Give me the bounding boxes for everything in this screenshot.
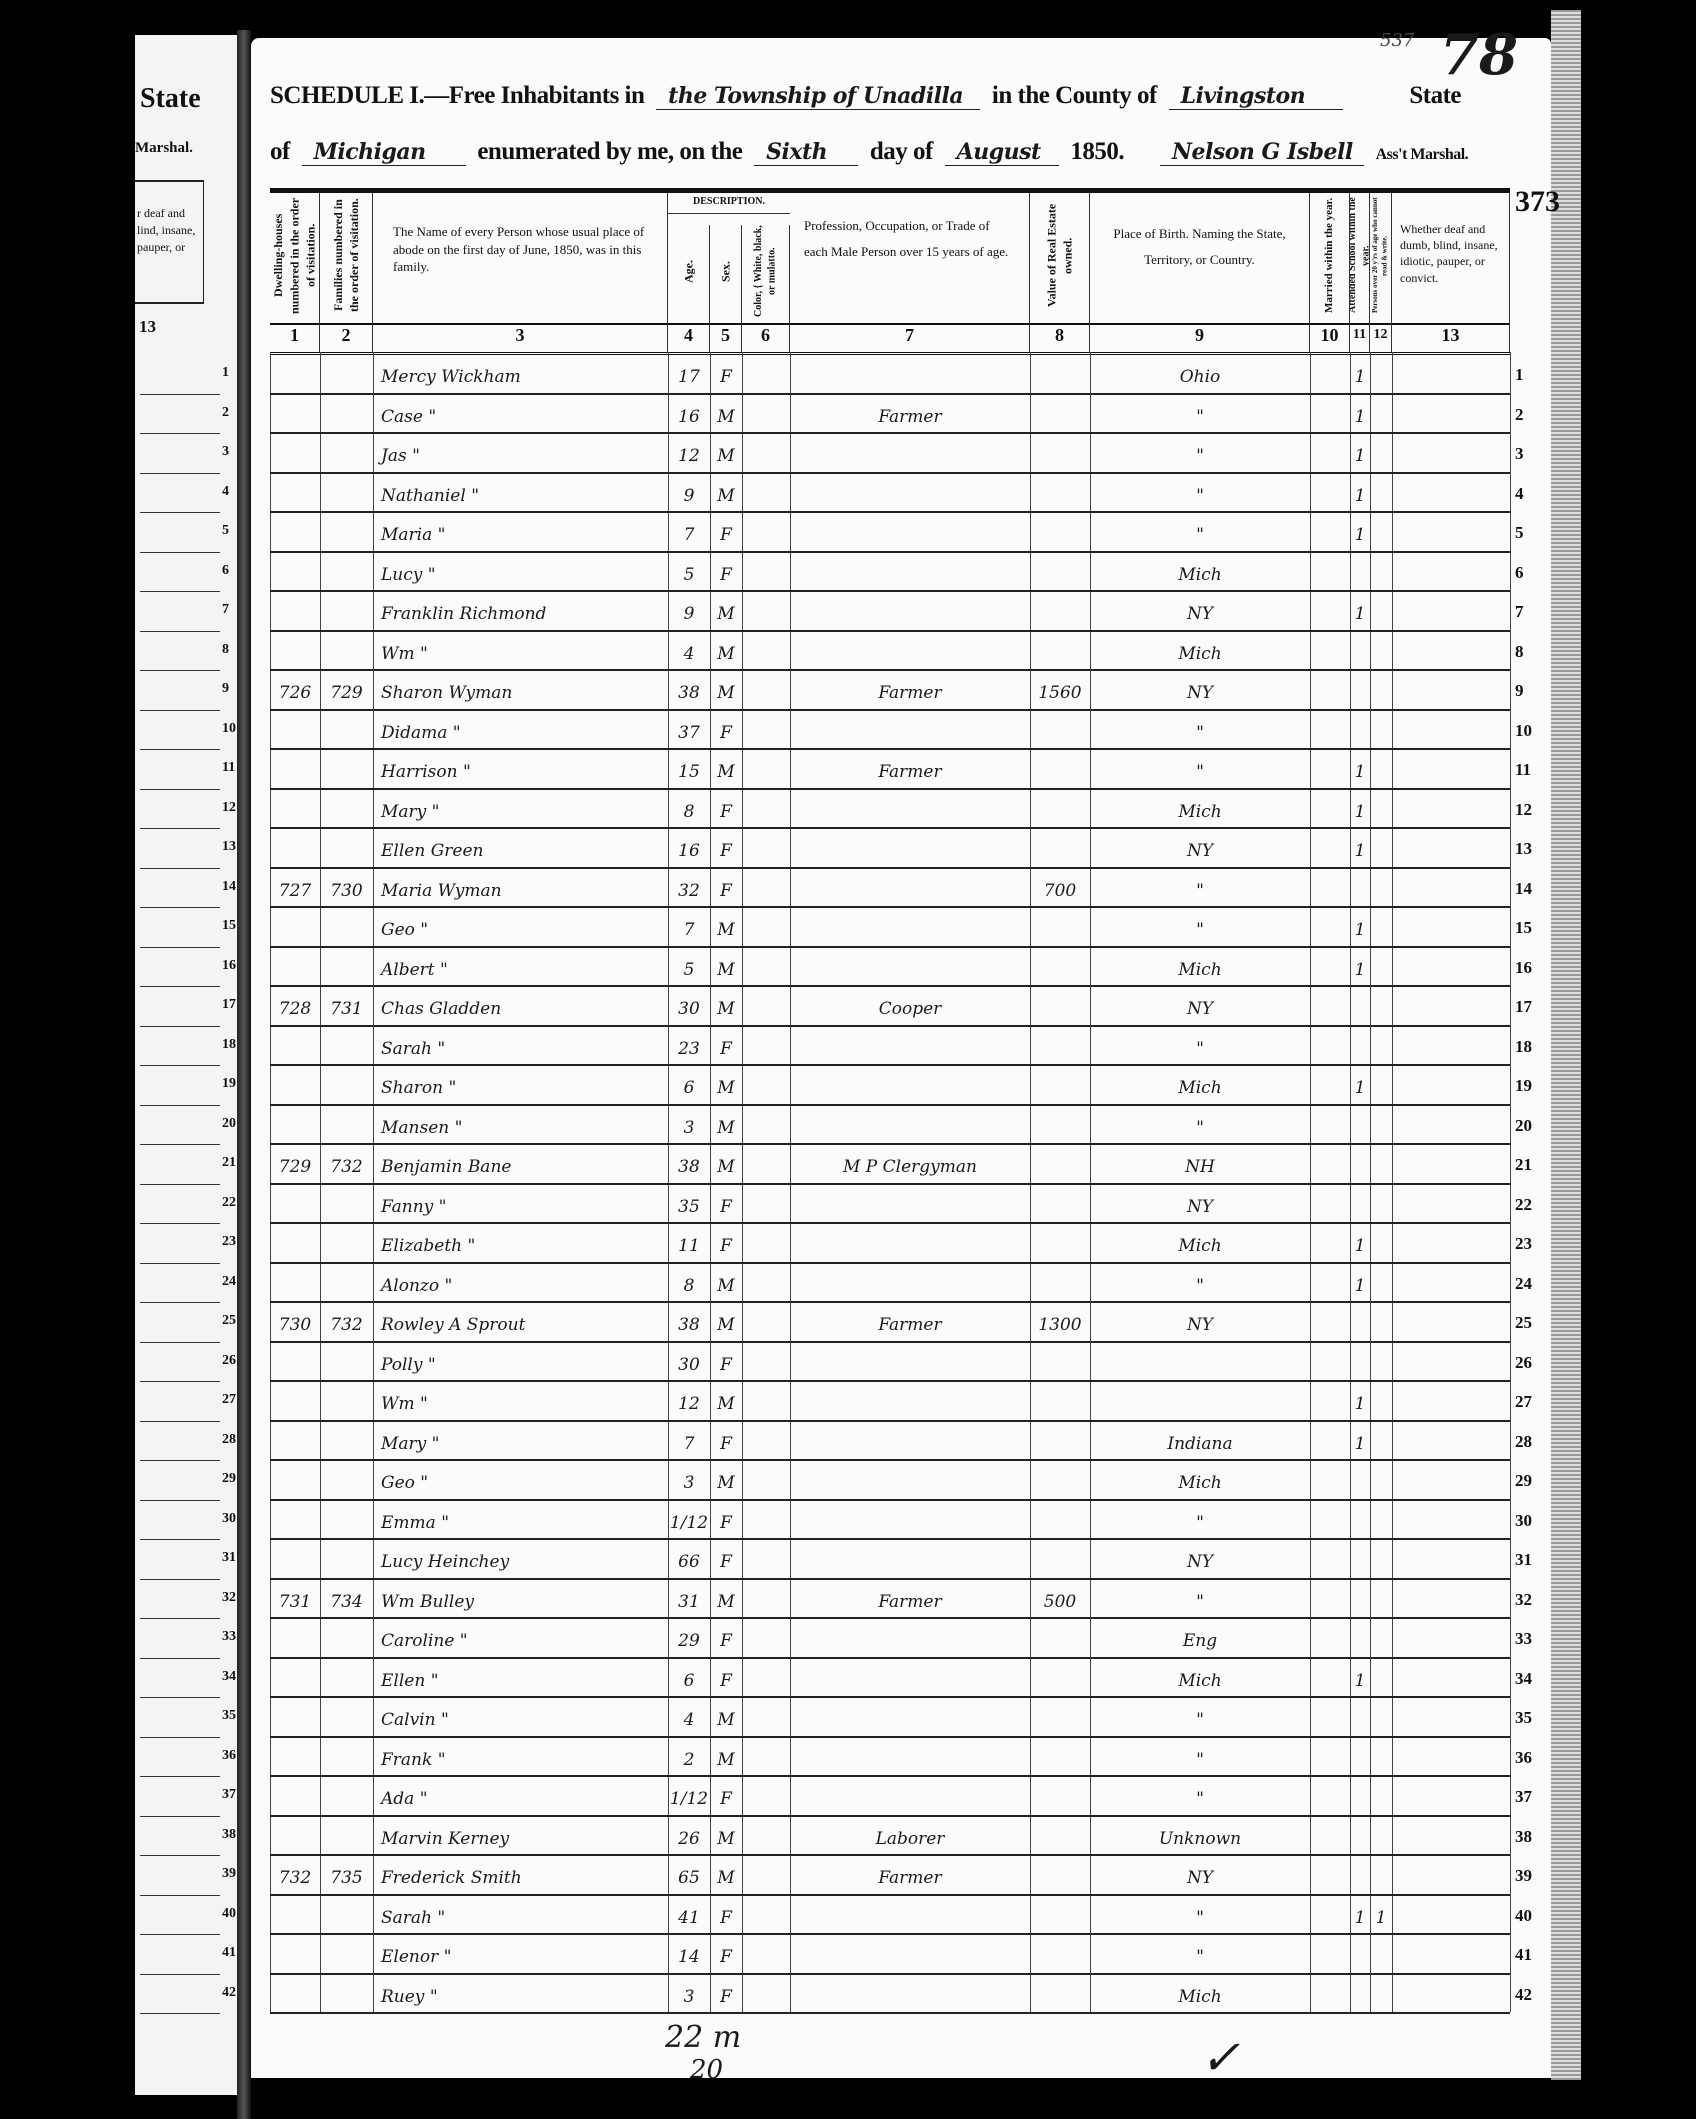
birthplace: NY bbox=[1090, 1303, 1310, 1340]
age: 7 bbox=[668, 513, 710, 550]
attended-school: 1 bbox=[1350, 790, 1370, 827]
person-name: Albert " bbox=[373, 948, 676, 985]
married-within-year bbox=[1310, 711, 1350, 748]
line-number: 18 bbox=[1515, 1037, 1549, 1057]
table-row: 731734Wm Bulley31MFarmer500" bbox=[270, 1580, 1510, 1620]
condition bbox=[1392, 1224, 1510, 1261]
real-estate-value bbox=[1030, 474, 1090, 511]
sex: F bbox=[710, 1540, 742, 1577]
table-row: Elenor "14F" bbox=[270, 1935, 1510, 1975]
attended-school bbox=[1350, 1303, 1370, 1340]
family-number bbox=[320, 553, 373, 590]
prev-page-row bbox=[140, 1856, 220, 1896]
sex: F bbox=[710, 1935, 742, 1972]
sex: F bbox=[710, 355, 742, 392]
real-estate-value bbox=[1030, 790, 1090, 827]
occupation bbox=[790, 1935, 1030, 1972]
line-number: 25 bbox=[1515, 1313, 1549, 1333]
of-label: of bbox=[270, 138, 290, 165]
real-estate-value bbox=[1030, 1145, 1090, 1182]
table-row: Fanny "35FNY bbox=[270, 1185, 1510, 1225]
person-name: Wm Bulley bbox=[373, 1580, 676, 1617]
occupation bbox=[790, 1027, 1030, 1064]
occupation bbox=[790, 711, 1030, 748]
dwelling-number bbox=[270, 1185, 320, 1222]
occupation bbox=[790, 1066, 1030, 1103]
person-name: Elenor " bbox=[373, 1935, 676, 1972]
prev-page-row bbox=[140, 395, 220, 435]
cannot-read-write bbox=[1370, 1343, 1392, 1380]
person-name: Calvin " bbox=[373, 1698, 676, 1735]
sex: F bbox=[710, 1027, 742, 1064]
color bbox=[742, 1066, 790, 1103]
prev-page-line-number: 21 bbox=[222, 1155, 236, 1171]
real-estate-value bbox=[1030, 592, 1090, 629]
cannot-read-write bbox=[1370, 355, 1392, 392]
attended-school bbox=[1350, 711, 1370, 748]
table-row: Albert "5MMich1 bbox=[270, 948, 1510, 988]
schedule-label: SCHEDULE I.—Free Inhabitants in bbox=[270, 82, 644, 109]
person-name: Marvin Kerney bbox=[373, 1817, 676, 1854]
age: 11 bbox=[668, 1224, 710, 1261]
real-estate-value bbox=[1030, 1185, 1090, 1222]
person-name: Caroline " bbox=[373, 1619, 676, 1656]
age: 30 bbox=[668, 987, 710, 1024]
age: 12 bbox=[668, 1382, 710, 1419]
sex: F bbox=[710, 1224, 742, 1261]
attended-school bbox=[1350, 1619, 1370, 1656]
cannot-read-write bbox=[1370, 1619, 1392, 1656]
line-number: 14 bbox=[1515, 879, 1549, 899]
sex: F bbox=[710, 790, 742, 827]
occupation: Laborer bbox=[790, 1817, 1030, 1854]
month-field: August bbox=[945, 139, 1059, 166]
prev-page-line-number: 2 bbox=[222, 405, 236, 421]
table-row: Maria "7F"1 bbox=[270, 513, 1510, 553]
prev-page-line-number: 10 bbox=[222, 721, 236, 737]
prev-page-line-number: 29 bbox=[222, 1471, 236, 1487]
dwelling-number bbox=[270, 1777, 320, 1814]
dwelling-number bbox=[270, 434, 320, 471]
prev-column-number: 13 bbox=[139, 317, 156, 337]
sex: F bbox=[710, 1422, 742, 1459]
line-number: 2 bbox=[1515, 405, 1549, 425]
family-number bbox=[320, 908, 373, 945]
occupation bbox=[790, 948, 1030, 985]
cannot-read-write bbox=[1370, 750, 1392, 787]
line-number: 6 bbox=[1515, 563, 1549, 583]
attended-school bbox=[1350, 1777, 1370, 1814]
family-number: 730 bbox=[320, 869, 373, 906]
prev-page-line-number: 4 bbox=[222, 484, 236, 500]
age: 2 bbox=[668, 1738, 710, 1775]
col-num-3: 3 bbox=[373, 318, 668, 352]
real-estate-value bbox=[1030, 1106, 1090, 1143]
table-row: 726729Sharon Wyman38MFarmer1560NY bbox=[270, 671, 1510, 711]
birthplace: NY bbox=[1090, 1540, 1310, 1577]
table-row: Geo "7M"1 bbox=[270, 908, 1510, 948]
cannot-read-write bbox=[1370, 1501, 1392, 1538]
prev-page-line-number: 34 bbox=[222, 1669, 236, 1685]
col-header-occupation: Profession, Occupation, or Trade of each… bbox=[790, 193, 1030, 318]
birthplace: " bbox=[1090, 1027, 1310, 1064]
condition bbox=[1392, 869, 1510, 906]
condition bbox=[1392, 355, 1510, 392]
condition bbox=[1392, 1856, 1510, 1893]
married-within-year bbox=[1310, 1303, 1350, 1340]
married-within-year bbox=[1310, 1382, 1350, 1419]
person-name: Frederick Smith bbox=[373, 1856, 676, 1893]
col-header-birthplace: Place of Birth. Naming the State, Territ… bbox=[1090, 193, 1310, 318]
family-number bbox=[320, 1343, 373, 1380]
attended-school: 1 bbox=[1350, 1264, 1370, 1301]
prev-page-line-number: 30 bbox=[222, 1511, 236, 1527]
color bbox=[742, 1896, 790, 1933]
color bbox=[742, 1580, 790, 1617]
prev-page-row bbox=[140, 1738, 220, 1778]
real-estate-value bbox=[1030, 908, 1090, 945]
cannot-read-write bbox=[1370, 1224, 1392, 1261]
line-number: 42 bbox=[1515, 1985, 1549, 2005]
family-number bbox=[320, 1738, 373, 1775]
table-row: Jas "12M"1 bbox=[270, 434, 1510, 474]
real-estate-value bbox=[1030, 1975, 1090, 2012]
table-row: Caroline "29FEng bbox=[270, 1619, 1510, 1659]
prev-page-row bbox=[140, 592, 220, 632]
cannot-read-write bbox=[1370, 513, 1392, 550]
prev-page-line-number: 1 bbox=[222, 365, 236, 381]
sex: M bbox=[710, 395, 742, 432]
family-number bbox=[320, 1975, 373, 2012]
real-estate-value: 500 bbox=[1030, 1580, 1090, 1617]
person-name: Frank " bbox=[373, 1738, 676, 1775]
prev-page-line-number: 14 bbox=[222, 879, 236, 895]
prev-column-header: r deaf and lind, insane, pauper, or bbox=[137, 205, 195, 255]
table-row: Ellen Green16FNY1 bbox=[270, 829, 1510, 869]
col-header-dwelling: Dwelling-houses numbered in the order of… bbox=[270, 193, 320, 318]
attended-school: 1 bbox=[1350, 908, 1370, 945]
birthplace: Mich bbox=[1090, 632, 1310, 669]
prev-page-line-number: 18 bbox=[222, 1037, 236, 1053]
attended-school bbox=[1350, 1540, 1370, 1577]
year-label: 1850. bbox=[1070, 138, 1124, 165]
sex: F bbox=[710, 553, 742, 590]
table-row: Case "16MFarmer"1 bbox=[270, 395, 1510, 435]
real-estate-value bbox=[1030, 1422, 1090, 1459]
color bbox=[742, 1817, 790, 1854]
real-estate-value bbox=[1030, 1856, 1090, 1893]
occupation bbox=[790, 1896, 1030, 1933]
color bbox=[742, 948, 790, 985]
stamp-number: 537 bbox=[1380, 30, 1414, 51]
color bbox=[742, 553, 790, 590]
dwelling-number bbox=[270, 592, 320, 629]
line-number: 31 bbox=[1515, 1550, 1549, 1570]
person-name: Mansen " bbox=[373, 1106, 676, 1143]
married-within-year bbox=[1310, 1461, 1350, 1498]
dwelling-number bbox=[270, 632, 320, 669]
prev-state-label: State bbox=[140, 83, 201, 115]
description-group-label: DESCRIPTION. bbox=[668, 196, 790, 214]
prev-page-line-number: 26 bbox=[222, 1353, 236, 1369]
married-within-year bbox=[1310, 987, 1350, 1024]
line-number: 10 bbox=[1515, 721, 1549, 741]
dwelling-number bbox=[270, 1027, 320, 1064]
family-number: 732 bbox=[320, 1145, 373, 1182]
table-row: Sarah "23F" bbox=[270, 1027, 1510, 1067]
occupation bbox=[790, 1382, 1030, 1419]
person-name: Emma " bbox=[373, 1501, 676, 1538]
dwelling-number bbox=[270, 1817, 320, 1854]
person-name: Geo " bbox=[373, 908, 676, 945]
sex: F bbox=[710, 1185, 742, 1222]
sex: F bbox=[710, 1343, 742, 1380]
prev-page-line-number: 39 bbox=[222, 1866, 236, 1882]
prev-page-line-number: 31 bbox=[222, 1550, 236, 1566]
table-row: Harrison "15MFarmer"1 bbox=[270, 750, 1510, 790]
age: 30 bbox=[668, 1343, 710, 1380]
age: 6 bbox=[668, 1659, 710, 1696]
dwelling-number bbox=[270, 1501, 320, 1538]
person-name: Franklin Richmond bbox=[373, 592, 676, 629]
person-name: Geo " bbox=[373, 1461, 676, 1498]
birthplace: Ohio bbox=[1090, 355, 1310, 392]
family-number bbox=[320, 1106, 373, 1143]
age: 66 bbox=[668, 1540, 710, 1577]
prev-page-row bbox=[140, 1264, 220, 1304]
family-number: 735 bbox=[320, 1856, 373, 1893]
cannot-read-write bbox=[1370, 1856, 1392, 1893]
attended-school: 1 bbox=[1350, 750, 1370, 787]
col-header-school: Attended School within the year. bbox=[1350, 193, 1370, 318]
dwelling-number bbox=[270, 829, 320, 866]
table-row: Wm "4MMich bbox=[270, 632, 1510, 672]
occupation bbox=[790, 1777, 1030, 1814]
color bbox=[742, 711, 790, 748]
color bbox=[742, 1106, 790, 1143]
dwelling-number bbox=[270, 908, 320, 945]
prev-page-row bbox=[140, 1303, 220, 1343]
dwelling-number bbox=[270, 1343, 320, 1380]
prev-page-line-number: 12 bbox=[222, 800, 236, 816]
cannot-read-write bbox=[1370, 1303, 1392, 1340]
birthplace: Mich bbox=[1090, 1975, 1310, 2012]
condition bbox=[1392, 1264, 1510, 1301]
dwelling-number: 730 bbox=[270, 1303, 320, 1340]
family-number bbox=[320, 948, 373, 985]
prev-page-row bbox=[140, 1659, 220, 1699]
married-within-year bbox=[1310, 1145, 1350, 1182]
prev-page-line-number: 9 bbox=[222, 681, 236, 697]
col-num-5: 5 bbox=[710, 318, 742, 352]
dwelling-number: 726 bbox=[270, 671, 320, 708]
occupation bbox=[790, 1422, 1030, 1459]
dwelling-number bbox=[270, 513, 320, 550]
color bbox=[742, 1975, 790, 2012]
marshal-name-field: Nelson G Isbell bbox=[1160, 139, 1364, 166]
line-number: 26 bbox=[1515, 1353, 1549, 1373]
prev-page-row bbox=[140, 513, 220, 553]
married-within-year bbox=[1310, 434, 1350, 471]
prev-page-row bbox=[140, 1698, 220, 1738]
birthplace bbox=[1090, 1382, 1310, 1419]
table-row: 729732Benjamin Bane38MM P ClergymanNH bbox=[270, 1145, 1510, 1185]
col-header-family: Families numbered in the order of visita… bbox=[320, 193, 373, 318]
cannot-read-write bbox=[1370, 1540, 1392, 1577]
cannot-read-write bbox=[1370, 948, 1392, 985]
prev-page-row bbox=[140, 434, 220, 474]
dwelling-number bbox=[270, 1540, 320, 1577]
cannot-read-write bbox=[1370, 1382, 1392, 1419]
prev-page-row bbox=[140, 1935, 220, 1975]
occupation: Farmer bbox=[790, 1580, 1030, 1617]
table-row: Didama "37F" bbox=[270, 711, 1510, 751]
condition bbox=[1392, 1659, 1510, 1696]
condition bbox=[1392, 1540, 1510, 1577]
line-number: 5 bbox=[1515, 523, 1549, 543]
occupation bbox=[790, 1659, 1030, 1696]
married-within-year bbox=[1310, 474, 1350, 511]
age: 15 bbox=[668, 750, 710, 787]
person-name: Lucy Heinchey bbox=[373, 1540, 676, 1577]
sex: M bbox=[710, 474, 742, 511]
age: 1/12 bbox=[668, 1501, 710, 1538]
sex: M bbox=[710, 1580, 742, 1617]
enumerated-label: enumerated by me, on the bbox=[477, 138, 742, 165]
occupation bbox=[790, 592, 1030, 629]
cannot-read-write bbox=[1370, 829, 1392, 866]
person-name: Wm " bbox=[373, 632, 676, 669]
condition bbox=[1392, 1106, 1510, 1143]
sex: M bbox=[710, 987, 742, 1024]
person-name: Nathaniel " bbox=[373, 474, 676, 511]
occupation bbox=[790, 1738, 1030, 1775]
prev-page-row bbox=[140, 1422, 220, 1462]
real-estate-value: 700 bbox=[1030, 869, 1090, 906]
prev-page-row bbox=[140, 671, 220, 711]
occupation bbox=[790, 355, 1030, 392]
dwelling-number bbox=[270, 1659, 320, 1696]
occupation bbox=[790, 869, 1030, 906]
married-within-year bbox=[1310, 553, 1350, 590]
cannot-read-write bbox=[1370, 1422, 1392, 1459]
age: 38 bbox=[668, 1303, 710, 1340]
family-number bbox=[320, 1422, 373, 1459]
line-number: 36 bbox=[1515, 1748, 1549, 1768]
occupation bbox=[790, 1540, 1030, 1577]
sex: M bbox=[710, 1817, 742, 1854]
book-spine bbox=[237, 30, 251, 2119]
real-estate-value bbox=[1030, 553, 1090, 590]
condition bbox=[1392, 1461, 1510, 1498]
cannot-read-write bbox=[1370, 987, 1392, 1024]
sex: M bbox=[710, 671, 742, 708]
real-estate-value bbox=[1030, 434, 1090, 471]
family-number bbox=[320, 1935, 373, 1972]
occupation bbox=[790, 1264, 1030, 1301]
prev-page-line-number: 41 bbox=[222, 1945, 236, 1961]
sex: M bbox=[710, 1698, 742, 1735]
prev-page-row bbox=[140, 1975, 220, 2015]
family-number bbox=[320, 1896, 373, 1933]
line-number: 28 bbox=[1515, 1432, 1549, 1452]
line-number: 39 bbox=[1515, 1866, 1549, 1886]
real-estate-value bbox=[1030, 1935, 1090, 1972]
prev-page-row bbox=[140, 948, 220, 988]
line-number: 40 bbox=[1515, 1906, 1549, 1926]
tally-note: 22 m bbox=[665, 2020, 741, 2055]
color bbox=[742, 1501, 790, 1538]
table-row: Mansen "3M" bbox=[270, 1106, 1510, 1146]
table-row: Lucy Heinchey66FNY bbox=[270, 1540, 1510, 1580]
real-estate-value bbox=[1030, 1066, 1090, 1103]
married-within-year bbox=[1310, 1343, 1350, 1380]
prev-page-row bbox=[140, 1224, 220, 1264]
line-number: 29 bbox=[1515, 1471, 1549, 1491]
person-name: Elizabeth " bbox=[373, 1224, 676, 1261]
age: 5 bbox=[668, 948, 710, 985]
color bbox=[742, 434, 790, 471]
married-within-year bbox=[1310, 1580, 1350, 1617]
sex: F bbox=[710, 1896, 742, 1933]
married-within-year bbox=[1310, 1619, 1350, 1656]
color bbox=[742, 1145, 790, 1182]
person-name: Benjamin Bane bbox=[373, 1145, 676, 1182]
occupation: Cooper bbox=[790, 987, 1030, 1024]
occupation: Farmer bbox=[790, 1856, 1030, 1893]
prev-page-line-number: 27 bbox=[222, 1392, 236, 1408]
cannot-read-write bbox=[1370, 1935, 1392, 1972]
color bbox=[742, 829, 790, 866]
family-number: 731 bbox=[320, 987, 373, 1024]
table-row: Sharon "6MMich1 bbox=[270, 1066, 1510, 1106]
birthplace: " bbox=[1090, 1738, 1310, 1775]
birthplace: NY bbox=[1090, 1185, 1310, 1222]
condition bbox=[1392, 632, 1510, 669]
attended-school: 1 bbox=[1350, 1896, 1370, 1933]
condition bbox=[1392, 513, 1510, 550]
line-number: 34 bbox=[1515, 1669, 1549, 1689]
age: 32 bbox=[668, 869, 710, 906]
color bbox=[742, 592, 790, 629]
condition bbox=[1392, 1303, 1510, 1340]
person-name: Jas " bbox=[373, 434, 676, 471]
family-number: 729 bbox=[320, 671, 373, 708]
attended-school bbox=[1350, 1027, 1370, 1064]
line-number: 20 bbox=[1515, 1116, 1549, 1136]
real-estate-value bbox=[1030, 1817, 1090, 1854]
col-header-name: The Name of every Person whose usual pla… bbox=[373, 193, 668, 318]
condition bbox=[1392, 1343, 1510, 1380]
family-number bbox=[320, 1264, 373, 1301]
occupation bbox=[790, 1501, 1030, 1538]
sex: F bbox=[710, 1659, 742, 1696]
sex: M bbox=[710, 1382, 742, 1419]
prev-page-row bbox=[140, 869, 220, 909]
attended-school: 1 bbox=[1350, 395, 1370, 432]
prev-page-line-number: 35 bbox=[222, 1708, 236, 1724]
prev-page-line-number: 8 bbox=[222, 642, 236, 658]
married-within-year bbox=[1310, 355, 1350, 392]
color bbox=[742, 1461, 790, 1498]
attended-school bbox=[1350, 987, 1370, 1024]
color bbox=[742, 671, 790, 708]
married-within-year bbox=[1310, 1185, 1350, 1222]
condition bbox=[1392, 1382, 1510, 1419]
cannot-read-write bbox=[1370, 1817, 1392, 1854]
attended-school bbox=[1350, 1106, 1370, 1143]
condition bbox=[1392, 711, 1510, 748]
